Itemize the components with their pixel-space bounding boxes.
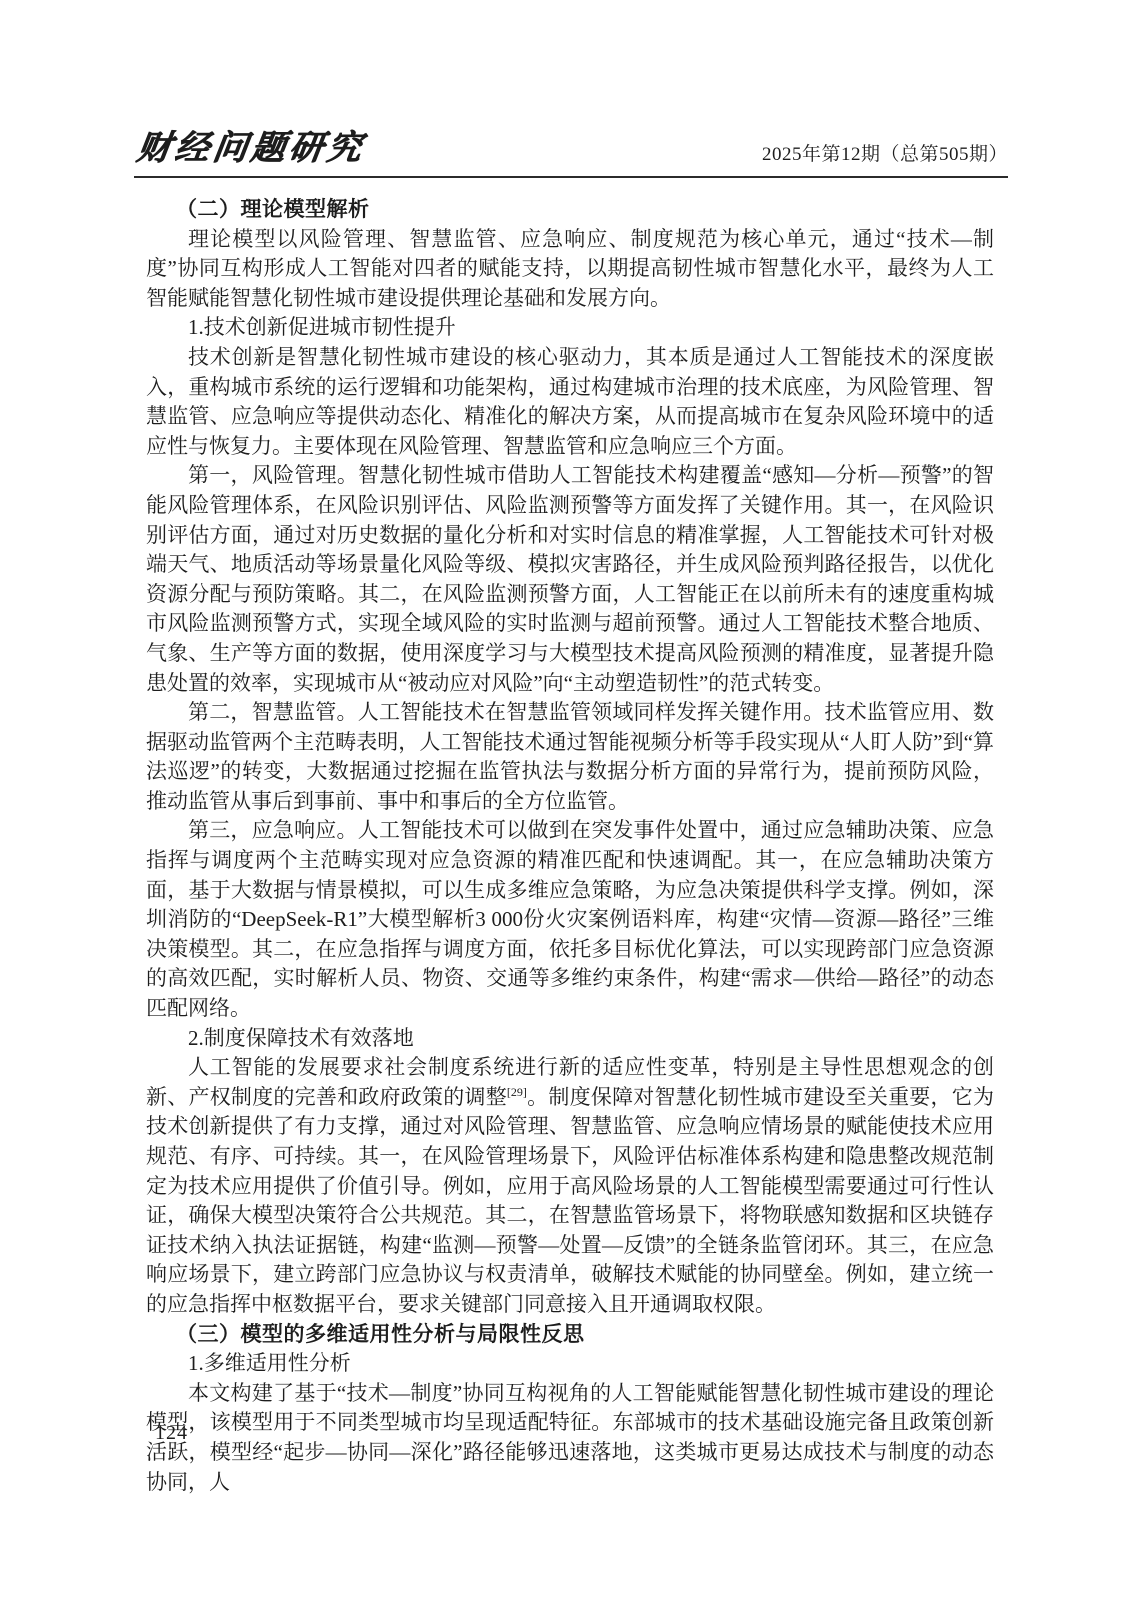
paragraph-theory-model: 理论模型以风险管理、智慧监管、应急响应、制度规范为核心单元，通过“技术—制度”协… [146,225,994,314]
page-number: 124 [155,1422,188,1445]
sub-heading-tech-innovation: 1.技术创新促进城市韧性提升 [146,313,994,343]
paragraph-text-after-citation: 。制度保障对智慧化韧性城市建设至关重要，它为技术创新提供了有力支撑，通过对风险管… [146,1085,994,1316]
journal-logo: 财经问题研究 [134,120,369,169]
paragraph-multi-dimensional-analysis: 本文构建了基于“技术—制度”协同互构视角的人工智能赋能智慧化韧性城市建设的理论模… [146,1379,994,1497]
paragraph-first-risk-management: 第一，风险管理。智慧化韧性城市借助人工智能技术构建覆盖“感知—分析—预警”的智能… [146,461,994,698]
article-body: （二）理论模型解析 理论模型以风险管理、智慧监管、应急响应、制度规范为核心单元，… [146,195,994,1497]
paragraph-tech-innovation: 技术创新是智慧化韧性城市建设的核心驱动力，其本质是通过人工智能技术的深度嵌入，重… [146,343,994,461]
page-content: 财经问题研究 2025年第12期（总第505期） （二）理论模型解析 理论模型以… [146,120,994,1497]
section-heading-2: （二）理论模型解析 [146,195,994,225]
sub-heading-multi-dimensional-analysis: 1.多维适用性分析 [146,1349,994,1379]
citation-ref-29: [29] [507,1085,527,1099]
paragraph-institution-guarantee: 人工智能的发展要求社会制度系统进行新的适应性变革，特别是主导性思想观念的创新、产… [146,1053,994,1319]
paragraph-second-smart-regulation: 第二，智慧监管。人工智能技术在智慧监管领域同样发挥关键作用。技术监管应用、数据驱… [146,698,994,816]
page-header: 财经问题研究 2025年第12期（总第505期） [134,120,1008,178]
journal-page: 财经问题研究 2025年第12期（总第505期） （二）理论模型解析 理论模型以… [0,0,1140,1600]
sub-heading-institution-guarantee: 2.制度保障技术有效落地 [146,1024,994,1054]
paragraph-third-emergency-response: 第三，应急响应。人工智能技术可以做到在突发事件处置中，通过应急辅助决策、应急指挥… [146,816,994,1023]
issue-info: 2025年第12期（总第505期） [762,139,1008,169]
section-heading-3: （三）模型的多维适用性分析与局限性反思 [146,1320,994,1350]
